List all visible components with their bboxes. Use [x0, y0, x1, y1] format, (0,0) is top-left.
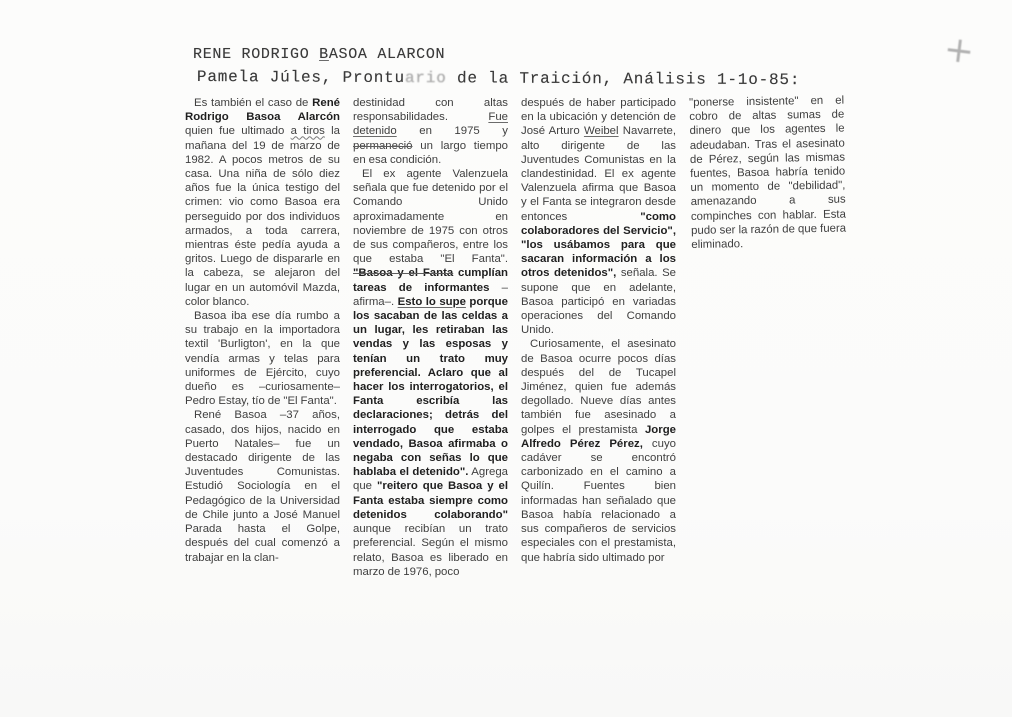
registration-cross-icon: +: [942, 28, 977, 72]
text-segment: a tiros: [291, 125, 325, 137]
text-segment: Curiosamente, el asesinato de Basoa ocur…: [521, 338, 676, 435]
paragraph: Es también el caso de René Rodrigo Basoa…: [185, 96, 340, 309]
scanned-newspaper-clipping: RENE RODRIGO BASOA ALARCON Pamela Júles,…: [0, 0, 1012, 717]
text-segment: ASOA ALARCON: [329, 46, 445, 63]
text-segment: quien fue ultimado: [185, 125, 291, 137]
paragraph: Basoa iba ese día rumbo a su trabajo en …: [185, 309, 340, 408]
paragraph: después de haber participado en la ubica…: [521, 96, 676, 337]
text-segment: Navarrete, alto dirigente de las Juventu…: [521, 125, 676, 222]
text-segment: Pamela Júles, Prontu: [197, 68, 405, 87]
text-segment: Weibel: [584, 125, 619, 137]
text-segment: Esto lo supe: [398, 296, 466, 308]
text-segment: "reitero que Basoa y el Fanta estaba sie…: [353, 480, 508, 520]
text-segment: en 1975 y: [397, 125, 508, 137]
paragraph: "ponerse insistente" en el cobro de alta…: [689, 94, 846, 253]
paragraph: El ex agente Valenzuela señala que fue d…: [353, 167, 508, 579]
paragraph: Curiosamente, el asesinato de Basoa ocur…: [521, 337, 676, 564]
text-segment: permaneció: [353, 140, 413, 152]
typewritten-title-line: RENE RODRIGO BASOA ALARCON: [193, 46, 445, 63]
article-column: Es también el caso de René Rodrigo Basoa…: [185, 96, 340, 565]
paragraph: René Basoa –37 años, casado, dos hijos, …: [185, 408, 340, 564]
article-column: "ponerse insistente" en el cobro de alta…: [689, 94, 846, 253]
text-segment: Es también el caso de: [194, 97, 312, 109]
text-segment: B: [319, 46, 329, 63]
text-segment: RENE RODRIGO: [193, 46, 319, 63]
text-segment: de la Traición, Análisis 1-1o-85:: [447, 69, 801, 89]
text-segment: René Basoa –37 años, casado, dos hijos, …: [185, 409, 340, 563]
article-column: después de haber participado en la ubica…: [521, 96, 676, 565]
typewritten-source-line: Pamela Júles, Prontuario de la Traición,…: [197, 68, 800, 89]
text-segment: ario: [405, 69, 447, 87]
text-segment: Basoa iba ese día rumbo a su trabajo en …: [185, 310, 340, 407]
text-segment: porque los sacaban de las celdas a un lu…: [353, 296, 508, 478]
paragraph: destinidad con altas responsabilidades. …: [353, 96, 508, 167]
article-column: destinidad con altas responsabilidades. …: [353, 96, 508, 579]
text-segment: aunque recibían un trato preferencial. S…: [353, 523, 508, 578]
text-segment: El ex agente Valenzuela señala que fue d…: [353, 168, 508, 265]
text-segment: cuyo cadáver se encontró carbonizado en …: [521, 438, 676, 564]
article-columns: Es también el caso de René Rodrigo Basoa…: [185, 96, 845, 579]
text-segment: la mañana del 19 de marzo de 1982. A poc…: [185, 125, 340, 307]
text-segment: "ponerse insistente" en el cobro de alta…: [689, 95, 846, 251]
text-segment: "Basoa y el Fanta: [353, 267, 453, 279]
text-segment: destinidad con altas responsabilidades.: [353, 97, 508, 123]
